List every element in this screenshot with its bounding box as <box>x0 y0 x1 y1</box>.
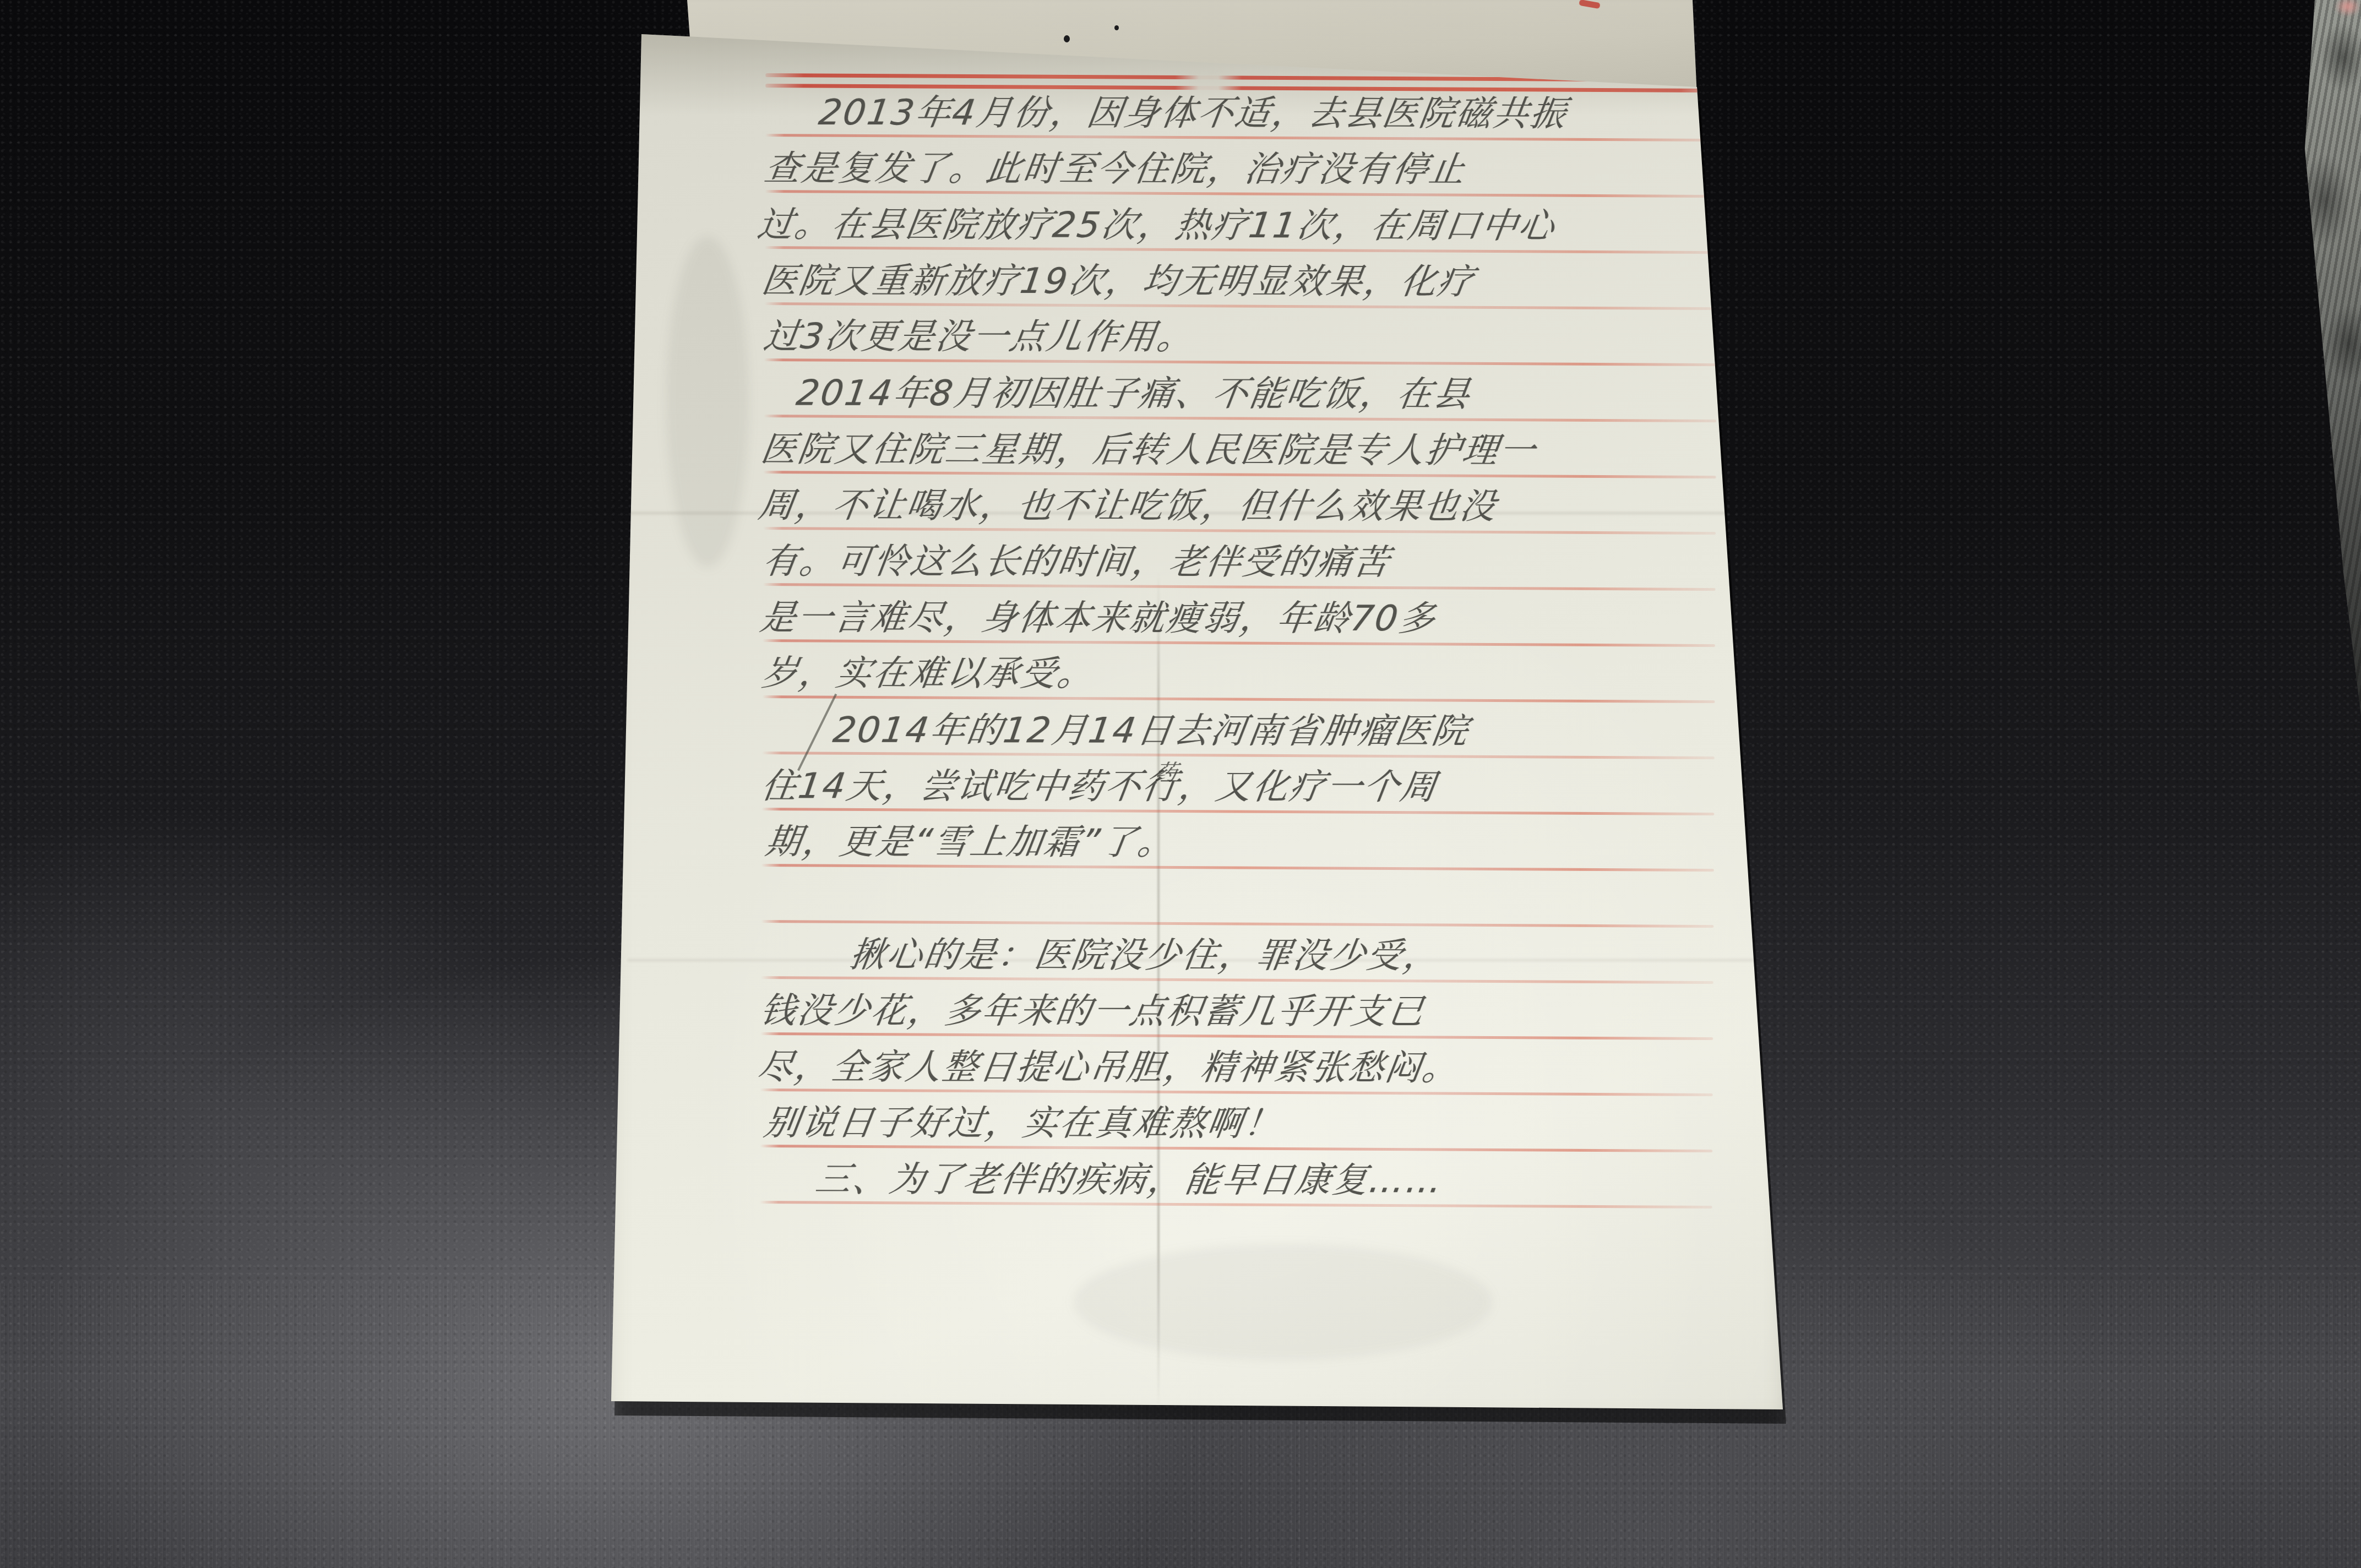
ink-dot <box>1064 35 1070 42</box>
letter-page: 2013年4月份，因身体不适，去县医院磁共振 查是复发了。此时至今住院，治疗没有… <box>600 0 1795 1431</box>
ink-dot <box>1114 25 1119 30</box>
handwritten-line: 医院又住院三星期，后转人民医院是专人护理一 <box>757 422 1540 478</box>
interlinear-insertion: 药 <box>1154 761 1180 785</box>
handwritten-line: 2014年的12月14日去河南省肿瘤医院 <box>830 703 1473 759</box>
handwritten-line: 三、为了老伴的疾病，能早日康复…… <box>812 1152 1447 1208</box>
handwritten-line: 是一言难尽，身体本来就瘦弱，年龄70多 <box>757 590 1440 646</box>
ruled-writing-area: 2013年4月份，因身体不适，去县医院磁共振 查是复发了。此时至今住院，治疗没有… <box>593 0 1796 1437</box>
handwritten-line: 揪心的是：医院没少住，罪没少受， <box>846 928 1445 984</box>
handwritten-line: 有。可怜这么长的时间，老伴受的痛苦 <box>759 534 1394 590</box>
handwritten-line: 周，不让喝水，也不让吃饭，但什么效果也没 <box>755 478 1501 534</box>
photo-scene: 2013年4月份，因身体不适，去县医院磁共振 查是复发了。此时至今住院，治疗没有… <box>0 0 2361 1568</box>
handwritten-line: 期，更是“雪上加霜”了。 <box>762 814 1179 870</box>
handwritten-line: 过3次更是没一点儿作用。 <box>760 309 1198 364</box>
handwritten-line: 2014年8月初因肚子痛、不能吃饭，在县 <box>793 366 1475 422</box>
handwritten-line: 过。在县医院放疗25次，热疗11次，在周口中心 <box>754 198 1559 254</box>
handwritten-line: 别说日子好过，实在真难熬啊！ <box>760 1096 1285 1152</box>
handwritten-line: 2013年4月份，因身体不适，去县医院磁共振 <box>815 85 1571 141</box>
handwritten-line: 尽，全家人整日提心吊胆，精神紧张愁闷。 <box>754 1039 1463 1096</box>
handwritten-line: 住14天，尝试吃中药不行，又化疗一个周 <box>758 759 1441 815</box>
ruled-line <box>761 920 1713 928</box>
carpet-edge <box>2300 0 2361 716</box>
handwritten-line: 医院又重新放疗19次，均无明显效果，化疗 <box>758 253 1478 309</box>
handwritten-line: 查是复发了。此时至今住院，治疗没有停止 <box>761 141 1470 197</box>
handwritten-line: 钱没少花，多年来的一点积蓄几乎开支已 <box>757 983 1429 1039</box>
handwritten-line: 岁，实在难以承受。 <box>758 646 1098 701</box>
